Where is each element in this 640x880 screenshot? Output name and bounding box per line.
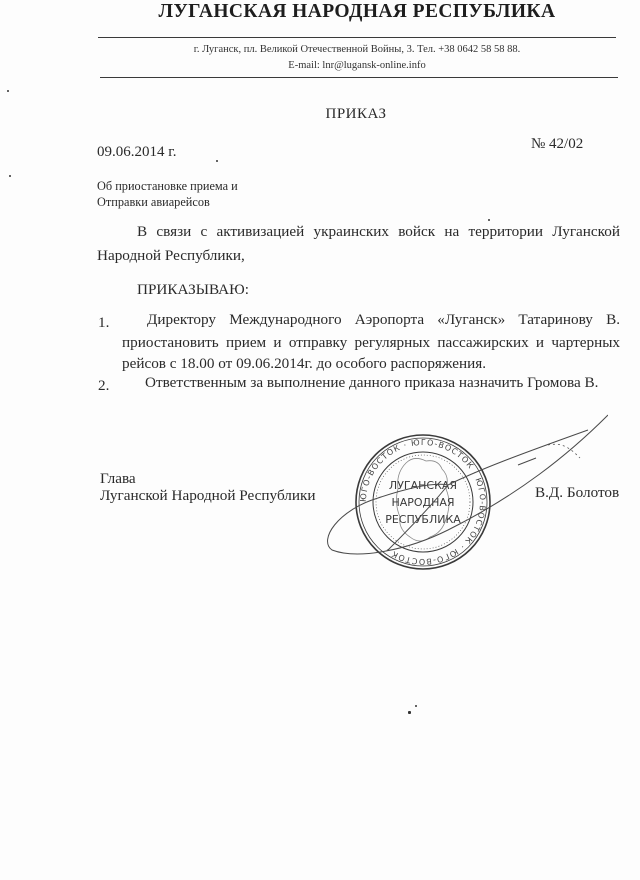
item-number: 2. — [98, 377, 109, 395]
organization-email: E-mail: lnr@lugansk-online.info — [0, 60, 640, 71]
header-rule-bottom — [100, 77, 618, 78]
item-text: рейсов с 18.00 от 09.06.2014г. до особог… — [122, 355, 486, 373]
order-word: ПРИКАЗЫВАЮ: — [137, 281, 249, 299]
scan-speck — [9, 175, 11, 177]
document-subject: Об приостановке приема и Отправки авиаре… — [97, 178, 238, 210]
document-date: 09.06.2014 г. — [97, 144, 176, 161]
scan-speck — [408, 711, 411, 714]
item-text: приостановить прием и отправку регулярны… — [122, 334, 620, 352]
organization-name: ЛУГАНСКАЯ НАРОДНАЯ РЕСПУБЛИКА — [0, 1, 640, 23]
subject-line: Отправки авиарейсов — [97, 194, 238, 210]
item-text: Директору Международного Аэропорта «Луга… — [147, 311, 620, 329]
header-rule-top — [98, 37, 616, 38]
organization-address: г. Луганск, пл. Великой Отечественной Во… — [0, 44, 640, 55]
item-text: Ответственным за выполнение данного прик… — [145, 374, 598, 392]
item-number: 1. — [98, 314, 109, 332]
preamble-line: В связи с активизацией украинских войск … — [137, 223, 620, 241]
scan-speck — [216, 160, 218, 162]
scan-speck — [415, 705, 417, 707]
document-type: ПРИКАЗ — [0, 106, 640, 123]
signatory-title: Глава — [100, 470, 136, 488]
preamble-line: Народной Республики, — [97, 247, 245, 265]
signatory-title: Луганской Народной Республики — [100, 487, 316, 505]
scan-speck — [7, 90, 9, 92]
handwritten-signature-icon — [318, 400, 608, 580]
subject-line: Об приостановке приема и — [97, 178, 238, 194]
scan-speck — [488, 219, 490, 221]
document-number: № 42/02 — [531, 136, 583, 153]
